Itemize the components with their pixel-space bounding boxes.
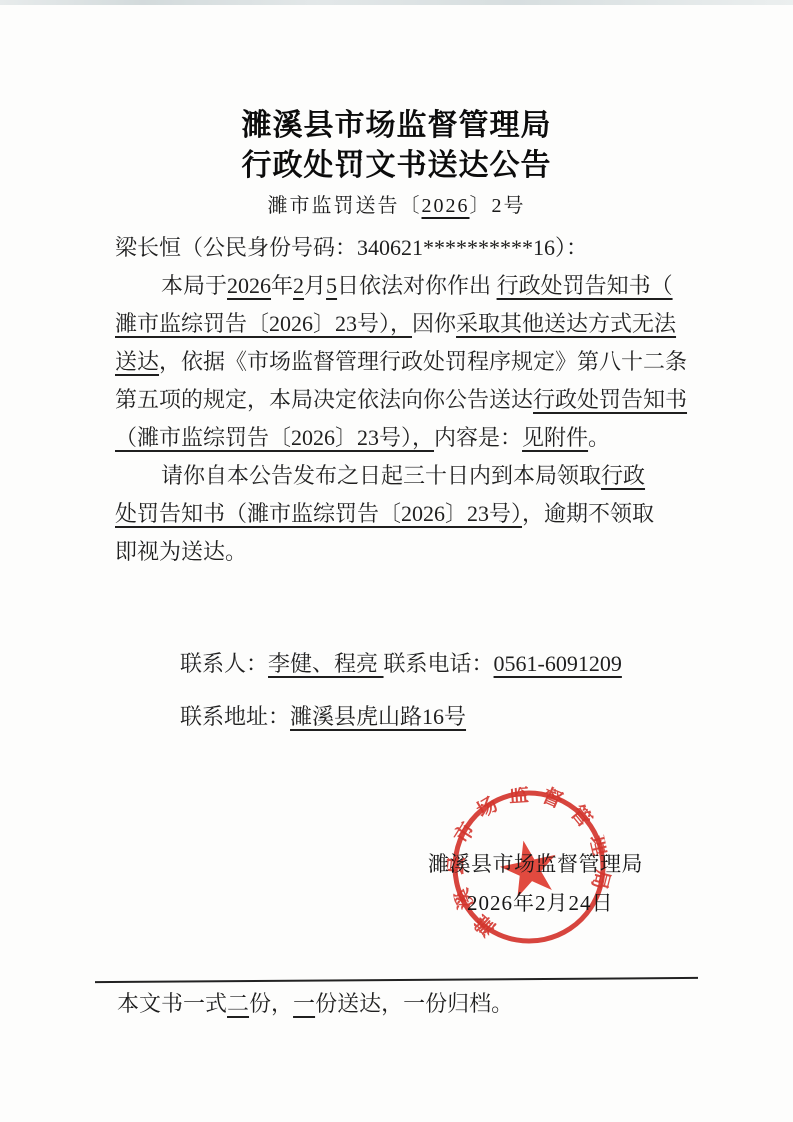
signature-org-name: 濉溪县市场监督管理局	[428, 848, 643, 878]
underlined-field-value: 李健、程亮	[268, 651, 384, 676]
body-line: 送达，依据《市场监督管理行政处罚程序规定》第八十二条	[115, 343, 715, 381]
text-segment: 濉市监罚送告〔	[268, 195, 422, 217]
underlined-field-value: 见附件	[522, 425, 588, 450]
text-segment: 本局于	[161, 273, 227, 298]
underlined-field-value: 行政	[601, 463, 645, 488]
underlined-field-value: 2026	[422, 195, 470, 217]
text-segment: 因你	[412, 311, 456, 336]
text-segment: 联系电话：	[384, 651, 494, 676]
body-line: 濉市监综罚告〔2026〕23号），因你采取其他送达方式无法	[115, 305, 715, 343]
underlined-field-value: 送达	[115, 349, 159, 374]
text-segment: 日依法对你作出	[337, 273, 497, 298]
underlined-field-value: 0561-6091209	[494, 651, 622, 676]
signature-date: 2026年2月24日	[467, 887, 614, 917]
underlined-field-value: 2	[293, 273, 304, 298]
text-segment: 月	[304, 273, 326, 298]
footer-note: 本文书一式二份，一份送达，一份归档。	[117, 987, 513, 1018]
body-text-block: 梁长恒（公民身份号码：340621**********16）： 本局于2026年…	[115, 229, 715, 571]
text-segment: 联系人：	[180, 651, 268, 676]
body-line: 即视为送达。	[115, 533, 715, 571]
text-segment: ，逾期不领取	[522, 501, 654, 526]
text-segment: 第五项的规定，本局决定依法向你公告送达	[115, 387, 533, 412]
underlined-field-value: 采取其他送达方式无法	[456, 311, 676, 336]
text-segment: 本文书一式	[117, 991, 227, 1016]
body-line: 处罚告知书（濉市监综罚告〔2026〕23号），逾期不领取	[115, 495, 715, 533]
text-segment: 份，	[249, 991, 293, 1016]
underlined-field-value: （濉市监综罚告〔2026〕23号），	[115, 425, 434, 450]
body-line-recipient: 梁长恒（公民身份号码：340621**********16）：	[115, 229, 715, 267]
contact-block: 联系人：李健、程亮 联系电话：0561-6091209 联系地址：濉溪县虎山路1…	[180, 645, 622, 736]
body-line: （濉市监综罚告〔2026〕23号），内容是：见附件。	[115, 419, 715, 457]
text-segment: 请你自本公告发布之日起三十日内到本局领取	[161, 463, 601, 488]
footer-divider	[95, 977, 698, 983]
underlined-field-value: 5	[326, 273, 337, 298]
underlined-field-value: 2026	[227, 273, 271, 298]
text-segment: 联系地址：	[180, 704, 290, 729]
text-segment: 〕2号	[470, 195, 526, 217]
scan-edge-artifact	[0, 0, 793, 5]
document-number: 濉市监罚送告〔2026〕2号	[0, 189, 793, 218]
document-title-line2: 行政处罚文书送达公告	[0, 140, 793, 184]
contact-address: 联系地址：濉溪县虎山路16号	[180, 698, 622, 736]
underlined-field-value: 行政处罚告知书	[533, 387, 687, 412]
underlined-field-value: 行政处罚告知书（	[497, 273, 673, 298]
body-line: 本局于2026年2月5日依法对你作出 行政处罚告知书（	[115, 267, 715, 305]
underlined-field-value: 濉溪县虎山路16号	[290, 704, 466, 729]
body-line: 请你自本公告发布之日起三十日内到本局领取行政	[115, 457, 715, 495]
text-segment: 。	[588, 425, 610, 450]
text-segment: 梁长恒（公民身份号码：340621**********16）：	[115, 235, 588, 260]
underlined-field-value: 濉市监综罚告〔2026〕23号），	[115, 311, 412, 336]
text-segment: ，依据《市场监督管理行政处罚程序规定》第八十二条	[159, 349, 687, 374]
text-segment: 份送达，一份归档。	[315, 991, 513, 1016]
text-segment: 即视为送达。	[115, 539, 247, 564]
body-line: 第五项的规定，本局决定依法向你公告送达行政处罚告知书	[115, 381, 715, 419]
contact-person-and-phone: 联系人：李健、程亮 联系电话：0561-6091209	[180, 645, 622, 683]
underlined-field-value: 二	[227, 991, 249, 1016]
underlined-field-value: 处罚告知书（濉市监综罚告〔2026〕23号）	[115, 501, 522, 526]
underlined-field-value: 一	[293, 991, 315, 1016]
text-segment: 内容是：	[434, 425, 522, 450]
text-segment: 年	[271, 273, 293, 298]
document-title-line1: 濉溪县市场监督管理局	[0, 100, 793, 144]
